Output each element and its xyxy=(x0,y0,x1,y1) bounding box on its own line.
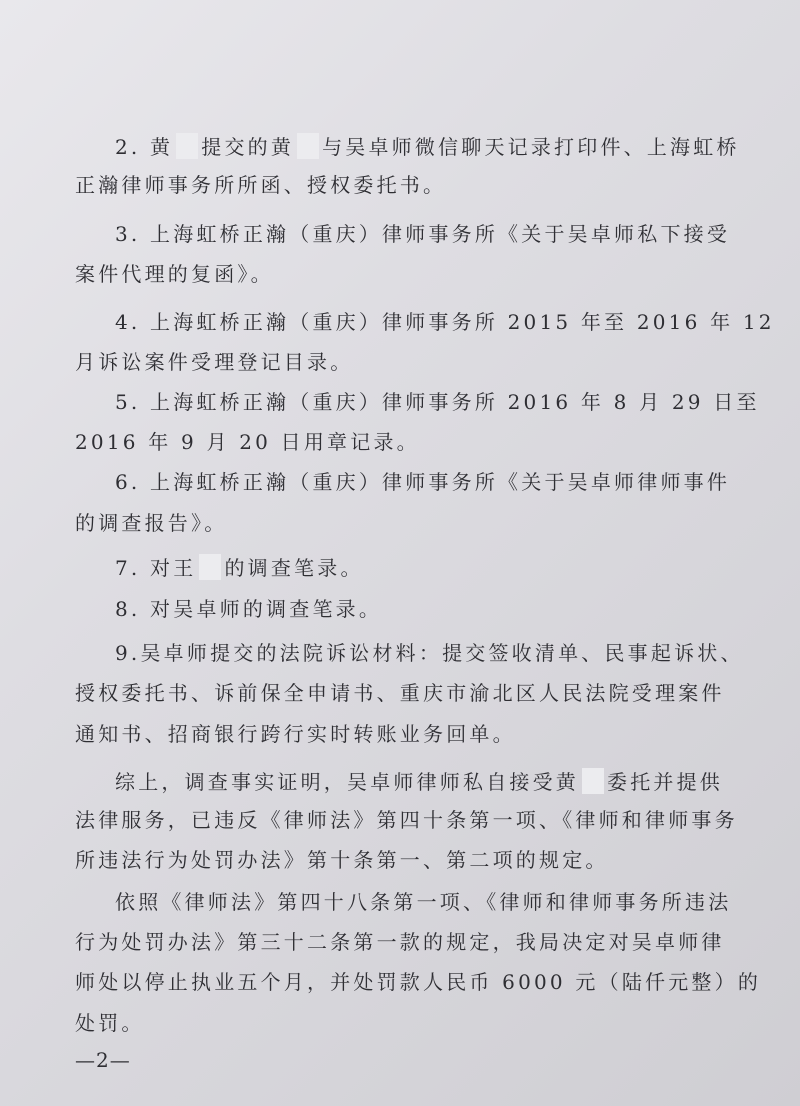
item-number: 4. xyxy=(115,310,140,334)
decision-line-4: 处罚。 xyxy=(75,1011,705,1035)
document-page: 2. 黄提交的黄与吴卓师微信聊天记录打印件、上海虹桥 正瀚律师事务所所函、授权委… xyxy=(0,0,800,1106)
page-number: —2— xyxy=(75,1048,131,1072)
text: 黄 xyxy=(150,135,173,159)
item-7-line-1: 7. 对王的调查笔录。 xyxy=(115,554,705,580)
item-9-line-2: 授权委托书、诉前保全申请书、重庆市渝北区人民法院受理案件 xyxy=(75,681,705,705)
redaction-box xyxy=(176,133,198,159)
text: 委托并提供 xyxy=(607,770,723,794)
item-number: 9. xyxy=(115,641,140,665)
item-9-line-3: 通知书、招商银行跨行实时转账业务回单。 xyxy=(75,722,705,746)
item-2-line-2: 正瀚律师事务所所函、授权委托书。 xyxy=(75,173,705,197)
item-number: 7. xyxy=(115,556,140,580)
text: 对吴卓师的调查笔录。 xyxy=(150,597,382,621)
item-6-line-1: 6. 上海虹桥正瀚（重庆）律师事务所《关于吴卓师律师事件 xyxy=(115,470,705,494)
conclusion-line-2: 法律服务，已违反《律师法》第四十条第一项、《律师和律师事务 xyxy=(75,808,705,832)
text: 上海虹桥正瀚（重庆）律师事务所 2016 年 8 月 29 日至 xyxy=(150,390,760,414)
item-9-line-1: 9.吴卓师提交的法院诉讼材料：提交签收清单、民事起诉状、 xyxy=(115,641,705,665)
item-3-line-1: 3. 上海虹桥正瀚（重庆）律师事务所《关于吴卓师私下接受 xyxy=(115,222,705,246)
item-3-line-2: 案件代理的复函》。 xyxy=(75,262,705,286)
item-5-line-2: 2016 年 9 月 20 日用章记录。 xyxy=(75,430,705,454)
redaction-box xyxy=(199,554,221,580)
item-2-line-1: 2. 黄提交的黄与吴卓师微信聊天记录打印件、上海虹桥 xyxy=(115,133,705,159)
item-number: 3. xyxy=(115,222,140,246)
item-4-line-2: 月诉讼案件受理登记目录。 xyxy=(75,350,705,374)
text: 对王 xyxy=(150,556,196,580)
redaction-box xyxy=(297,133,319,159)
item-5-line-1: 5. 上海虹桥正瀚（重庆）律师事务所 2016 年 8 月 29 日至 xyxy=(115,390,705,414)
decision-line-2: 行为处罚办法》第三十二条第一款的规定，我局决定对吴卓师律 xyxy=(75,930,705,954)
text: 上海虹桥正瀚（重庆）律师事务所《关于吴卓师私下接受 xyxy=(150,222,730,246)
item-number: 5. xyxy=(115,390,140,414)
text: 与吴卓师微信聊天记录打印件、上海虹桥 xyxy=(322,135,740,159)
redaction-box xyxy=(582,768,604,794)
conclusion-line-3: 所违法行为处罚办法》第十条第一、第二项的规定。 xyxy=(75,848,705,872)
text: 吴卓师提交的法院诉讼材料：提交签收清单、民事起诉状、 xyxy=(140,641,743,665)
text: 的调查笔录。 xyxy=(224,556,363,580)
text: 提交的黄 xyxy=(201,135,294,159)
decision-line-3: 师处以停止执业五个月，并处罚款人民币 6000 元（陆仟元整）的 xyxy=(75,970,705,994)
text: 上海虹桥正瀚（重庆）律师事务所《关于吴卓师律师事件 xyxy=(150,470,730,494)
item-8-line-1: 8. 对吴卓师的调查笔录。 xyxy=(115,597,705,621)
item-number: 2. xyxy=(115,135,140,159)
item-6-line-2: 的调查报告》。 xyxy=(75,511,705,535)
decision-line-1: 依照《律师法》第四十八条第一项、《律师和律师事务所违法 xyxy=(115,890,705,914)
item-number: 8. xyxy=(115,597,140,621)
text: 上海虹桥正瀚（重庆）律师事务所 2015 年至 2016 年 12 xyxy=(150,310,775,334)
item-number: 6. xyxy=(115,470,140,494)
conclusion-line-1: 综上，调查事实证明，吴卓师律师私自接受黄委托并提供 xyxy=(115,768,705,794)
item-4-line-1: 4. 上海虹桥正瀚（重庆）律师事务所 2015 年至 2016 年 12 xyxy=(115,310,705,334)
text: 综上，调查事实证明，吴卓师律师私自接受黄 xyxy=(115,770,579,794)
